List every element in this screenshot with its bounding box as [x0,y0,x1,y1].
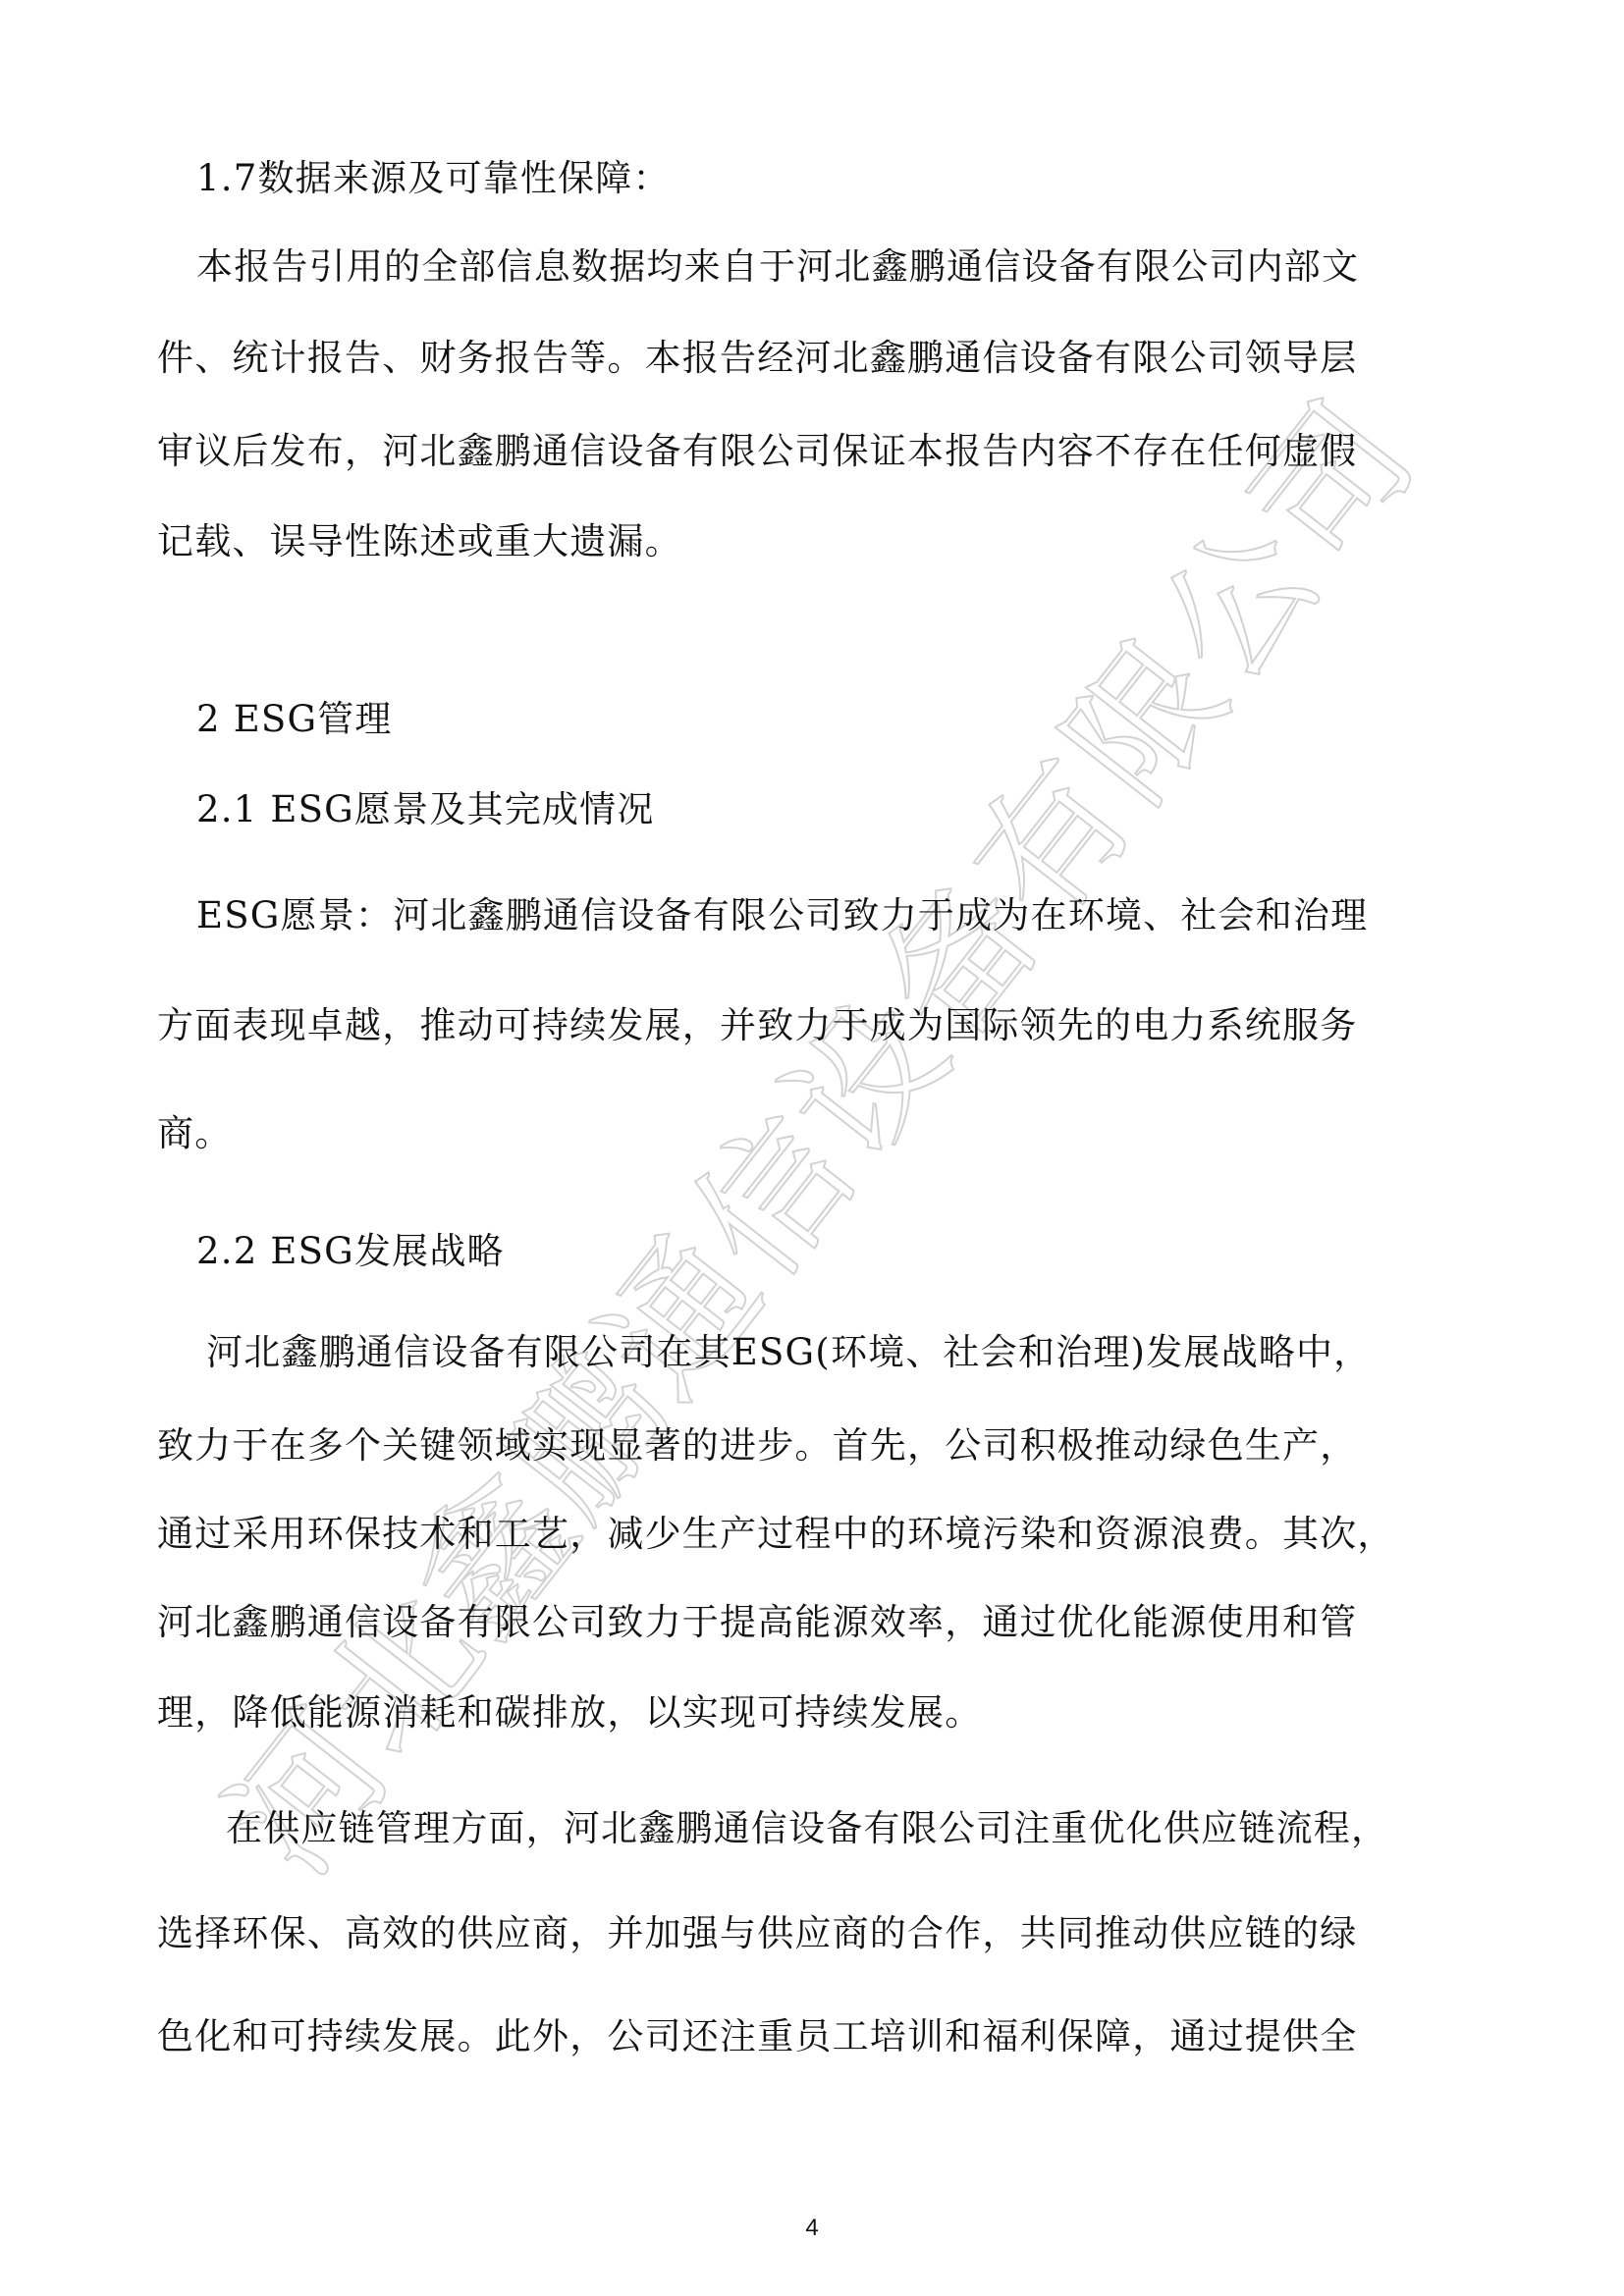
company-watermark: 河北鑫鹏通信设备有限公司 [170,348,1454,1908]
paragraph-line: 商。 [157,1109,232,1158]
section-heading-2-1: 2.1 ESG愿景及其完成情况 [196,785,655,834]
paragraph-line: 记载、误导性陈述或重大遗漏。 [157,517,682,566]
paragraph-line: 方面表现卓越，推动可持续发展，并致力于成为国际领先的电力系统服务 [157,1001,1357,1050]
paragraph-line: 理，降低能源消耗和碳排放，以实现可持续发展。 [157,1688,982,1737]
page-number: 4 [0,2215,1624,2242]
paragraph-line: 致力于在多个关键领域实现显著的进步。首先，公司积极推动绿色生产， [157,1421,1357,1470]
paragraph-line: 选择环保、高效的供应商，并加强与供应商的合作，共同推动供应链的绿 [157,1909,1357,1958]
paragraph-line: 在供应链管理方面，河北鑫鹏通信设备有限公司注重优化供应链流程， [226,1804,1388,1853]
paragraph-line: 件、统计报告、财务报告等。本报告经河北鑫鹏通信设备有限公司领导层 [157,334,1357,383]
paragraph-line: 本报告引用的全部信息数据均来自于河北鑫鹏通信设备有限公司内部文 [196,242,1359,292]
paragraph-line: 色化和可持续发展。此外，公司还注重员工培训和福利保障，通过提供全 [157,2012,1357,2061]
paragraph-line: 河北鑫鹏通信设备有限公司在其ESG(环境、社会和治理)发展战略中， [206,1328,1371,1377]
section-heading-1-7: 1.7数据来源及可靠性保障： [196,154,671,203]
paragraph-line: 河北鑫鹏通信设备有限公司致力于提高能源效率，通过优化能源使用和管 [157,1598,1357,1647]
section-heading-2: 2 ESG管理 [196,695,393,744]
section-heading-2-2: 2.2 ESG发展战略 [196,1227,505,1276]
paragraph-line: ESG愿景：河北鑫鹏通信设备有限公司致力于成为在环境、社会和治理 [196,891,1368,940]
document-page: 河北鑫鹏通信设备有限公司 1.7数据来源及可靠性保障： 本报告引用的全部信息数据… [0,0,1624,2296]
paragraph-line: 审议后发布，河北鑫鹏通信设备有限公司保证本报告内容不存在任何虚假 [157,427,1357,476]
paragraph-line: 通过采用环保技术和工艺，减少生产过程中的环境污染和资源浪费。其次， [157,1510,1395,1559]
